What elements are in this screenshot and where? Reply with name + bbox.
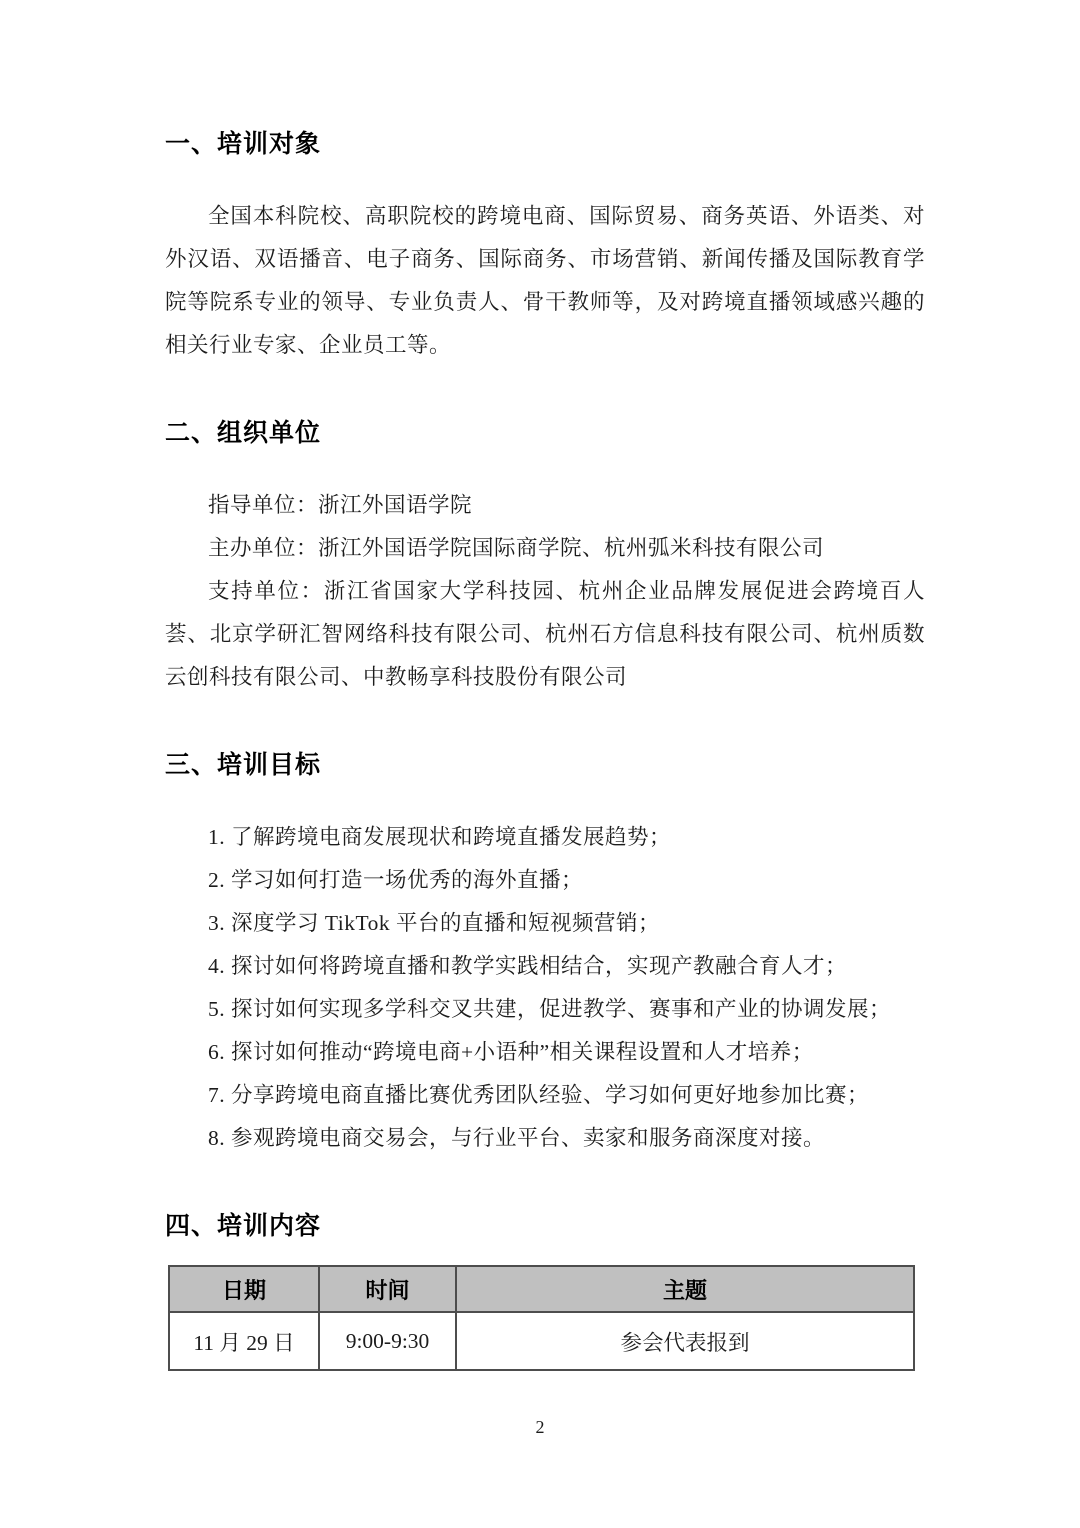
section-organizers: 二、组织单位 指导单位：浙江外国语学院 主办单位：浙江外国语学院国际商学院、杭州… bbox=[165, 419, 925, 699]
section-heading-organizers: 二、组织单位 bbox=[165, 419, 925, 448]
page-number: 2 bbox=[0, 1417, 1080, 1438]
section-training-goals: 三、培训目标 1. 了解跨境电商发展现状和跨境直播发展趋势； 2. 学习如何打造… bbox=[165, 751, 925, 1160]
table-header-topic: 主题 bbox=[456, 1266, 914, 1312]
table-header-time: 时间 bbox=[319, 1266, 456, 1312]
table-cell-date: 11 月 29 日 bbox=[169, 1312, 319, 1370]
paragraph-support-unit: 支持单位：浙江省国家大学科技园、杭州企业品牌发展促进会跨境百人荟、北京学研汇智网… bbox=[165, 570, 925, 699]
table-cell-time: 9:00-9:30 bbox=[319, 1312, 456, 1370]
section-training-content: 四、培训内容 日期 时间 主题 11 月 29 日 9:00-9:30 参会代表… bbox=[165, 1212, 925, 1371]
paragraph-host-unit: 主办单位：浙江外国语学院国际商学院、杭州弧米科技有限公司 bbox=[165, 527, 925, 570]
goal-list-item: 3. 深度学习 TikTok 平台的直播和短视频营销； bbox=[208, 902, 925, 945]
section-training-targets: 一、培训对象 全国本科院校、高职院校的跨境电商、国际贸易、商务英语、外语类、对外… bbox=[165, 130, 925, 367]
goal-list-item: 5. 探讨如何实现多学科交叉共建，促进教学、赛事和产业的协调发展； bbox=[208, 988, 925, 1031]
training-schedule-table: 日期 时间 主题 11 月 29 日 9:00-9:30 参会代表报到 bbox=[168, 1265, 915, 1371]
table-row: 11 月 29 日 9:00-9:30 参会代表报到 bbox=[169, 1312, 914, 1370]
goal-list-item: 8. 参观跨境电商交易会，与行业平台、卖家和服务商深度对接。 bbox=[208, 1117, 925, 1160]
section-heading-training-content: 四、培训内容 bbox=[165, 1212, 925, 1241]
table-cell-topic: 参会代表报到 bbox=[456, 1312, 914, 1370]
paragraph-guiding-unit: 指导单位：浙江外国语学院 bbox=[165, 484, 925, 527]
section-heading-training-goals: 三、培训目标 bbox=[165, 751, 925, 780]
section-heading-training-targets: 一、培训对象 bbox=[165, 130, 925, 159]
goal-list-item: 2. 学习如何打造一场优秀的海外直播； bbox=[208, 859, 925, 902]
document-page: 一、培训对象 全国本科院校、高职院校的跨境电商、国际贸易、商务英语、外语类、对外… bbox=[0, 0, 1080, 1528]
table-header-date: 日期 bbox=[169, 1266, 319, 1312]
paragraph-training-targets: 全国本科院校、高职院校的跨境电商、国际贸易、商务英语、外语类、对外汉语、双语播音… bbox=[165, 195, 925, 367]
table-header-row: 日期 时间 主题 bbox=[169, 1266, 914, 1312]
goal-list-item: 7. 分享跨境电商直播比赛优秀团队经验、学习如何更好地参加比赛； bbox=[208, 1074, 925, 1117]
goal-list-item: 4. 探讨如何将跨境直播和教学实践相结合，实现产教融合育人才； bbox=[208, 945, 925, 988]
training-goal-list: 1. 了解跨境电商发展现状和跨境直播发展趋势； 2. 学习如何打造一场优秀的海外… bbox=[165, 816, 925, 1160]
goal-list-item: 6. 探讨如何推动“跨境电商+小语种”相关课程设置和人才培养； bbox=[208, 1031, 925, 1074]
goal-list-item: 1. 了解跨境电商发展现状和跨境直播发展趋势； bbox=[208, 816, 925, 859]
